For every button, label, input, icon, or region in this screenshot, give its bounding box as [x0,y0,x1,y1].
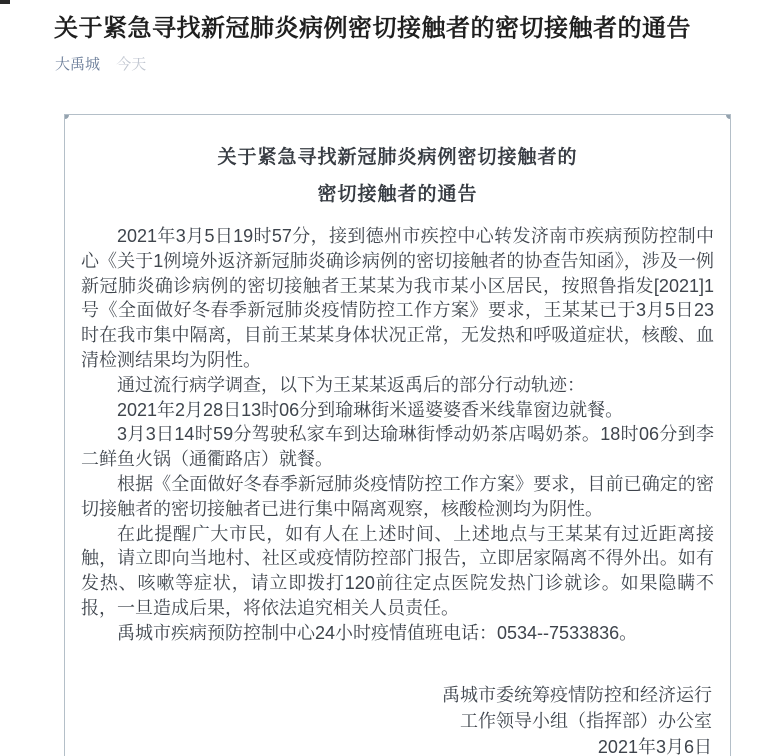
notice-signature: 禹城市委统筹疫情防控和经济运行 工作领导小组（指挥部）办公室 2021年3月6日 [81,682,714,756]
page-title: 关于紧急寻找新冠肺炎病例密切接触者的密切接触者的通告 [0,0,760,44]
box-corner-handle-left-icon [64,114,69,119]
notice-box: 关于紧急寻找新冠肺炎病例密切接触者的 密切接触者的通告 2021年3月5日19时… [64,114,731,756]
account-name-link[interactable]: 大禹城 [55,56,100,73]
notice-title: 关于紧急寻找新冠肺炎病例密切接触者的 密切接触者的通告 [81,139,714,213]
article-page: 关于紧急寻找新冠肺炎病例密切接触者的密切接触者的通告 大禹城 今天 关于紧急寻找… [0,0,760,756]
notice-paragraph: 禹城市疾病预防控制中心24小时疫情值班电话：0534--7533836。 [81,621,714,646]
notice-title-line-1: 关于紧急寻找新冠肺炎病例密切接触者的 [81,139,714,176]
notice-paragraph: 通过流行病学调查，以下为王某某返禹后的部分行动轨迹： [81,373,714,398]
screenshot-artifact [0,0,10,4]
notice-paragraph: 2021年2月28日13时06分到瑜琳街米遥婆婆香米线靠窗边就餐。 [81,398,714,423]
notice-paragraph: 根据《全面做好冬春季新冠肺炎疫情防控工作方案》要求，目前已确定的密切接触者的密切… [81,472,714,522]
notice-title-line-2: 密切接触者的通告 [81,176,714,213]
notice-body: 2021年3月5日19时57分，接到德州市疾控中心转发济南市疾病预防控制中心《关… [81,224,714,646]
notice-paragraph: 2021年3月5日19时57分，接到德州市疾控中心转发济南市疾病预防控制中心《关… [81,224,714,373]
publish-date: 今天 [116,56,146,73]
signature-org-line-2: 工作领导小组（指挥部）办公室 [81,708,712,734]
byline: 大禹城 今天 [55,56,760,74]
notice-paragraph: 3月3日14时59分驾驶私家车到达瑜琳街悸动奶茶店喝奶茶。18时06分到李二鲜鱼… [81,422,714,472]
notice-paragraph: 在此提醒广大市民，如有人在上述时间、上述地点与王某某有过近距离接触，请立即向当地… [81,522,714,621]
box-corner-handle-right-icon [726,114,731,119]
signature-date: 2021年3月6日 [81,734,712,756]
signature-org-line-1: 禹城市委统筹疫情防控和经济运行 [81,682,712,708]
